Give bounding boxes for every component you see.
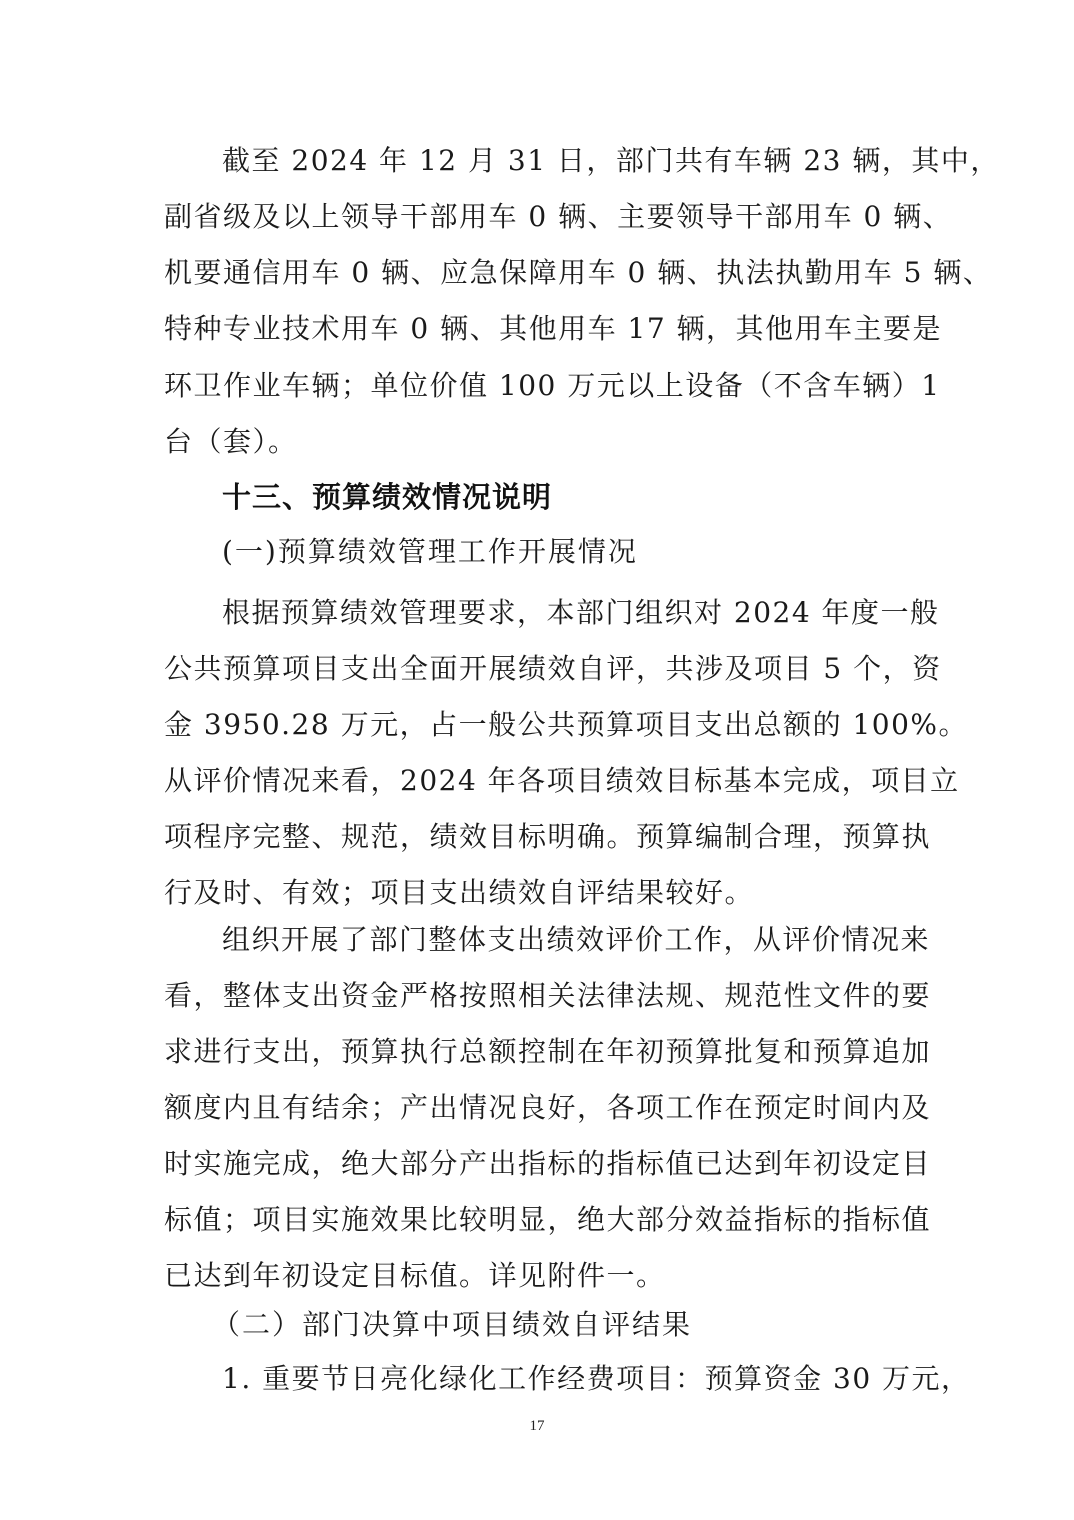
performance-paragraph-2-line-2: 看，整体支出资金严格按照相关法律法规、规范性文件的要: [164, 978, 912, 1014]
vehicles-paragraph-line-3: 机要通信用车 0 辆、应急保障用车 0 辆、执法执勤用车 5 辆、: [164, 255, 912, 291]
performance-paragraph-2-line-5: 时实施完成，绝大部分产出指标的指标值已达到年初设定目: [164, 1146, 912, 1182]
subheading-project-self-evaluation: （二）部门决算中项目绩效自评结果: [212, 1307, 692, 1343]
page-number: 17: [0, 1416, 1074, 1436]
performance-paragraph-2-line-1: 组织开展了部门整体支出绩效评价工作，从评价情况来: [222, 922, 912, 958]
performance-paragraph-2-line-7: 已达到年初设定目标值。详见附件一。: [164, 1258, 912, 1294]
performance-paragraph-1-line-1: 根据预算绩效管理要求，本部门组织对 2024 年度一般: [222, 595, 912, 631]
vehicles-paragraph-line-5: 环卫作业车辆；单位价值 100 万元以上设备（不含车辆）1: [164, 368, 912, 404]
vehicles-paragraph-line-1: 截至 2024 年 12 月 31 日，部门共有车辆 23 辆，其中，: [222, 143, 912, 179]
performance-paragraph-1-line-3: 金 3950.28 万元，占一般公共预算项目支出总额的 100%。: [164, 707, 912, 743]
section-heading-13: 十三、预算绩效情况说明: [222, 479, 552, 515]
performance-paragraph-1-line-2: 公共预算项目支出全面开展绩效自评，共涉及项目 5 个，资: [164, 651, 912, 687]
vehicles-paragraph-line-6: 台（套）。: [164, 424, 912, 460]
vehicles-paragraph-line-4: 特种专业技术用车 0 辆、其他用车 17 辆，其他用车主要是: [164, 311, 912, 347]
subheading-budget-performance-management: (一)预算绩效管理工作开展情况: [222, 534, 638, 570]
performance-paragraph-2-line-6: 标值；项目实施效果比较明显，绝大部分效益指标的指标值: [164, 1202, 912, 1238]
performance-paragraph-1-line-6: 行及时、有效；项目支出绩效自评结果较好。: [164, 875, 912, 911]
performance-paragraph-1-line-5: 项程序完整、规范，绩效目标明确。预算编制合理，预算执: [164, 819, 912, 855]
performance-paragraph-2-line-3: 求进行支出，预算执行总额控制在年初预算批复和预算追加: [164, 1034, 912, 1070]
project-item-1: 1. 重要节日亮化绿化工作经费项目：预算资金 30 万元，: [222, 1361, 912, 1397]
vehicles-paragraph-line-2: 副省级及以上领导干部用车 0 辆、主要领导干部用车 0 辆、: [164, 199, 912, 235]
performance-paragraph-1-line-4: 从评价情况来看，2024 年各项目绩效目标基本完成，项目立: [164, 763, 912, 799]
performance-paragraph-2-line-4: 额度内且有结余；产出情况良好，各项工作在预定时间内及: [164, 1090, 912, 1126]
document-page: 截至 2024 年 12 月 31 日，部门共有车辆 23 辆，其中， 副省级及…: [0, 0, 1074, 1520]
